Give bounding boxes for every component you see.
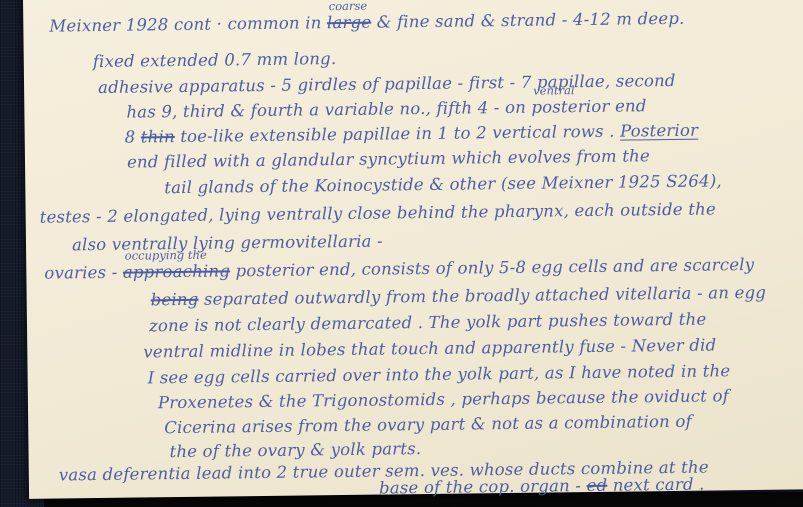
handwriting-line: being separated outwardly from the broad… (151, 283, 767, 311)
handwriting-text: 8 (125, 127, 141, 146)
struck-out-word: thin (141, 127, 175, 146)
handwriting-line: I see egg cells carried over into the yo… (148, 361, 731, 388)
handwriting-line: the of the ovary & yolk parts. (169, 439, 421, 462)
handwriting-text: separated outwardly from the broadly att… (198, 283, 766, 309)
handwriting-line: Cicerina arises from the ovary part & no… (164, 412, 692, 438)
struck-out-word: being (151, 290, 199, 310)
handwriting-line: ventral midline in lobes that touch and … (143, 335, 716, 362)
handwriting-line: has 9, third & fourth a variable no., fi… (126, 96, 646, 122)
handwriting-text: & fine sand & strand - 4-12 m deep. (371, 9, 684, 32)
handwriting-text: Meixner 1928 cont · common in (49, 13, 327, 35)
handwriting-text: toe-like extensible papillae in 1 to 2 v… (175, 122, 621, 146)
handwriting-text: next card . (607, 475, 704, 495)
handwriting-text: adhesive apparatus - 5 girdles of papill… (98, 71, 676, 97)
handwriting-text: the of the ovary & yolk parts. (169, 439, 421, 461)
struck-out-word: approaching (123, 261, 230, 281)
handwriting-text: also ventrally lying germovitellaria - (72, 232, 383, 255)
correction-group: occupying theapproaching (123, 261, 230, 282)
correction-group: coarselarge (327, 13, 372, 34)
handwriting-line: zone is not clearly demarcated . The yol… (149, 310, 707, 337)
handwriting-line: tail glands of the Koinocystide & other … (164, 171, 722, 198)
handwriting-line: also ventrally lying germovitellaria - (72, 232, 383, 256)
handwriting-text: Proxenetes & the Trigonostomids , perhap… (158, 386, 729, 412)
interlinear-insertion: occupying the (125, 250, 207, 262)
correction-group: ventralposterior (531, 97, 609, 118)
handwriting-lines: Meixner 1928 cont · common in coarselarg… (23, 0, 803, 499)
handwriting-line: fixed extended 0.7 mm long. (93, 49, 337, 72)
handwriting-line: end filled with a glandular syncytium wh… (127, 146, 650, 172)
handwriting-text: ventral midline in lobes that touch and … (143, 335, 716, 361)
handwriting-line: 8 thin toe-like extensible papillae in 1… (125, 121, 699, 148)
handwriting-text: end (609, 96, 646, 115)
interlinear-insertion: ventral (533, 85, 575, 97)
handwriting-line: testes - 2 elongated, lying ventrally cl… (40, 199, 716, 227)
handwriting-text: posterior (531, 97, 609, 117)
index-card: Meixner 1928 cont · common in coarselarg… (23, 0, 803, 499)
handwriting-line: Proxenetes & the Trigonostomids , perhap… (158, 386, 729, 413)
handwriting-text: base of the cop. organ - (379, 476, 587, 498)
handwriting-text: has 9, third & fourth a variable no., fi… (126, 98, 531, 122)
handwriting-text: Cicerina arises from the ovary part & no… (164, 412, 692, 437)
handwriting-text: testes - 2 elongated, lying ventrally cl… (40, 199, 716, 226)
handwriting-line: adhesive apparatus - 5 girdles of papill… (98, 71, 676, 98)
handwriting-text: ovaries - (44, 263, 123, 283)
handwriting-text: tail glands of the Koinocystide & other … (164, 171, 722, 197)
handwriting-text: zone is not clearly demarcated . The yol… (149, 310, 707, 336)
handwriting-text: Posterior (620, 121, 698, 141)
handwriting-text: I see egg cells carried over into the yo… (148, 361, 731, 387)
handwriting-text: posterior end, consists of only 5-8 egg … (230, 255, 754, 280)
handwriting-line: ovaries - occupying theapproaching poste… (44, 255, 754, 284)
handwriting-text: end filled with a glandular syncytium wh… (127, 146, 650, 171)
struck-out-word: large (327, 13, 372, 33)
handwriting-text: fixed extended 0.7 mm long. (93, 49, 337, 71)
interlinear-insertion: coarse (329, 1, 368, 12)
scanned-notecard-scene: Meixner 1928 cont · common in coarselarg… (0, 0, 803, 507)
struck-out-word: ed (586, 476, 607, 495)
handwriting-line: Meixner 1928 cont · common in coarselarg… (49, 9, 684, 37)
handwriting-line: base of the cop. organ - ed next card . (379, 475, 705, 499)
